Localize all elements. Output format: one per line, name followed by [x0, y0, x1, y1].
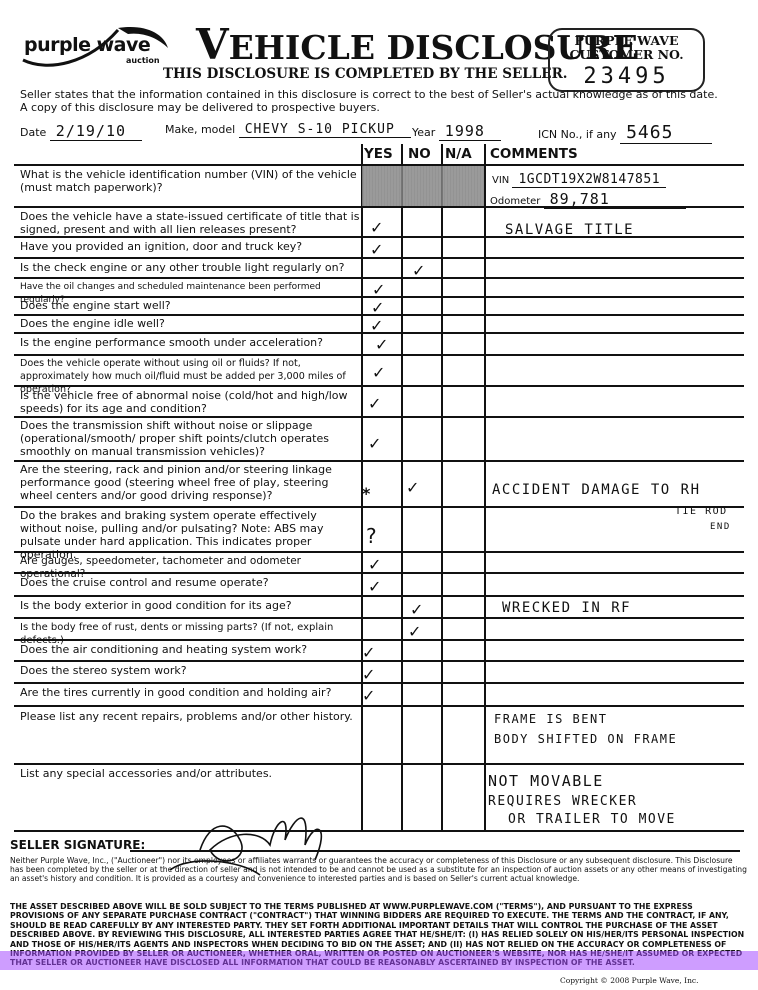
question-acceleration: Is the engine performance smooth under a… — [20, 336, 360, 349]
row-line — [14, 705, 744, 707]
icn-value[interactable]: 5465 — [620, 122, 712, 144]
question-steering: Are the steering, rack and pinion and/or… — [20, 463, 360, 502]
odometer-value[interactable]: 89,781 — [544, 190, 686, 209]
purple-wave-logo: purple wave auction — [18, 20, 168, 68]
odometer-field: Odometer 89,781 — [490, 190, 686, 209]
question-title: Does the vehicle have a state-issued cer… — [20, 210, 360, 236]
comment-move-2[interactable]: REQUIRES WRECKER — [488, 794, 637, 809]
check-yes[interactable]: ✓ — [372, 363, 385, 382]
year-value[interactable]: 1998 — [439, 122, 501, 141]
copyright: Copyright © 2008 Purple Wave, Inc. — [560, 976, 699, 985]
year-field: Year 1998 — [412, 122, 501, 141]
question-tires: Are the tires currently in good conditio… — [20, 686, 360, 699]
row-line — [14, 660, 744, 662]
col-na-header: N/A — [445, 146, 472, 162]
question-body-exterior: Is the body exterior in good condition f… — [20, 599, 360, 612]
check-yes[interactable]: ✓ — [370, 316, 383, 335]
check-no[interactable]: ✓ — [408, 622, 421, 641]
question-brakes: Do the brakes and braking system operate… — [20, 509, 360, 561]
date-value[interactable]: 2/19/10 — [50, 122, 142, 141]
check-yes[interactable]: ✓ — [375, 335, 388, 354]
comment-move-1[interactable]: NOT MOVABLE — [488, 772, 604, 790]
row-line — [14, 164, 744, 166]
page-subtitle: THIS DISCLOSURE IS COMPLETED BY THE SELL… — [163, 66, 568, 82]
customer-number[interactable]: 23495 — [550, 64, 703, 89]
check-no[interactable]: ✓ — [412, 261, 425, 280]
check-yes[interactable]: ✓ — [370, 218, 383, 237]
comment-move-3[interactable]: OR TRAILER TO MOVE — [508, 812, 676, 827]
divider — [441, 144, 443, 830]
divider — [484, 144, 486, 830]
check-yes[interactable]: ✓ — [362, 643, 375, 662]
comment-frame-2[interactable]: BODY SHIFTED ON FRAME — [494, 732, 677, 746]
intro-text: Seller states that the information conta… — [20, 88, 750, 114]
date-field: Date 2/19/10 — [20, 122, 142, 141]
check-yes[interactable]: ✓ — [368, 394, 381, 413]
row-line — [14, 617, 744, 619]
make-model-value[interactable]: CHEVY S-10 PICKUP — [239, 122, 411, 138]
divider — [401, 144, 403, 830]
question-check-engine: Is the check engine or any other trouble… — [20, 261, 360, 274]
row-line — [14, 682, 744, 684]
customer-number-box: PURPLE WAVECUSTOMER NO. 23495 — [548, 28, 705, 92]
make-model-field: Make, model CHEVY S-10 PICKUP — [165, 122, 411, 138]
comment-end[interactable]: END — [710, 522, 731, 532]
question-repairs: Please list any recent repairs, problems… — [20, 710, 360, 723]
row-line — [14, 763, 744, 765]
question-transmission: Does the transmission shift without nois… — [20, 419, 360, 458]
check-yes[interactable]: ✓ — [368, 555, 381, 574]
check-yes[interactable]: ✓ — [362, 665, 375, 684]
logo-subtext: auction — [126, 56, 160, 65]
check-yes[interactable]: ✓ — [372, 280, 385, 299]
col-no-header: NO — [408, 146, 431, 162]
check-yes[interactable]: ✓ — [368, 577, 381, 596]
check-yes[interactable]: ✓ — [362, 686, 375, 705]
comment-salvage[interactable]: SALVAGE TITLE — [505, 222, 634, 238]
question-engine-idle: Does the engine idle well? — [20, 317, 360, 330]
vin-value[interactable]: 1GCDT19X2W8147851 — [512, 172, 666, 188]
comment-accident[interactable]: ACCIDENT DAMAGE TO RH — [492, 482, 701, 498]
question-engine-start: Does the engine start well? — [20, 299, 360, 312]
check-yes[interactable]: ✓ — [368, 434, 381, 453]
question-cruise: Does the cruise control and resume opera… — [20, 576, 360, 589]
question-stereo: Does the stereo system work? — [20, 664, 360, 677]
row-line — [14, 416, 744, 418]
question-ac-heat: Does the air conditioning and heating sy… — [20, 643, 360, 656]
row-line — [14, 506, 744, 508]
logo-text: purple wave — [24, 34, 150, 56]
row-line — [14, 460, 744, 462]
comment-tie-rod[interactable]: TIE ROD — [675, 506, 728, 517]
comment-wrecked[interactable]: WRECKED IN RF — [502, 600, 631, 616]
question-mark[interactable]: ? — [366, 524, 377, 548]
highlight-band — [0, 951, 758, 970]
question-accessories: List any special accessories and/or attr… — [20, 767, 360, 780]
row-line — [14, 277, 744, 279]
col-comments-header: COMMENTS — [490, 146, 578, 162]
check-yes[interactable]: ✓ — [371, 298, 384, 317]
vin-shaded-cells — [362, 166, 484, 206]
disclaimer-text: Neither Purple Wave, Inc., ("Auctioneer"… — [10, 856, 748, 883]
star-mark[interactable]: * — [362, 484, 370, 503]
row-line — [14, 830, 744, 832]
question-keys: Have you provided an ignition, door and … — [20, 240, 360, 253]
question-vin: What is the vehicle identification numbe… — [20, 168, 360, 194]
row-line — [14, 354, 744, 356]
vin-field: VIN 1GCDT19X2W8147851 — [492, 172, 666, 188]
comment-frame-1[interactable]: FRAME IS BENT — [494, 712, 607, 726]
seller-signature-label: SELLER SIGNATURE: — [10, 838, 145, 852]
col-yes-header: YES — [364, 146, 393, 162]
icn-field: ICN No., if any 5465 — [538, 122, 712, 144]
check-no[interactable]: ✓ — [406, 478, 419, 497]
check-yes[interactable]: ✓ — [370, 240, 383, 259]
question-noise: Is the vehicle free of abnormal noise (c… — [20, 389, 360, 415]
check-no[interactable]: ✓ — [410, 600, 423, 619]
